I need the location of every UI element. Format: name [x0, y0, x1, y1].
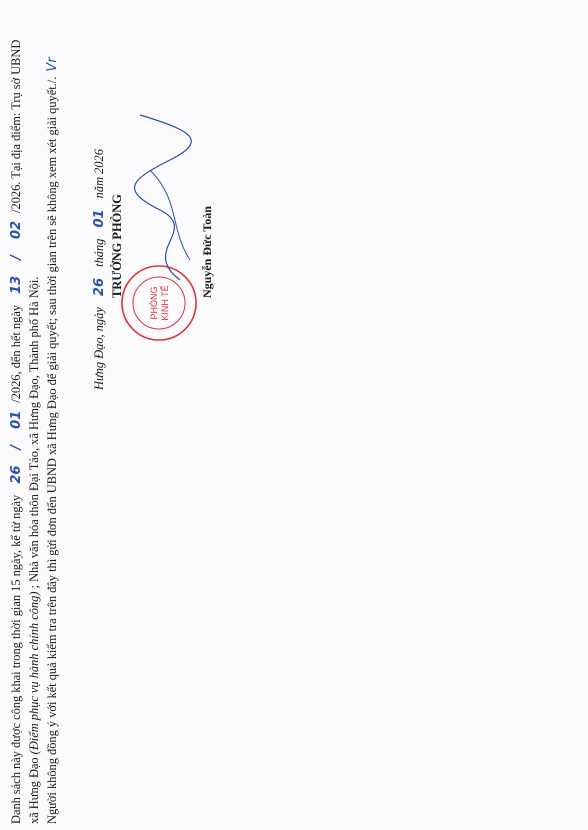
notice-line-1: Danh sách này được công khai trong thời … — [9, 40, 24, 824]
sign-day: 26 — [92, 270, 107, 304]
sep: / — [9, 247, 24, 268]
line2-italic: (Điểm phục vụ hành chính công) — [27, 592, 41, 755]
year-label: năm 2026 — [92, 149, 106, 198]
line1-mid: /2026, đến hết ngày — [9, 305, 23, 403]
line1-suffix: /2026. Tại địa điểm: Trụ sở UBND — [9, 40, 23, 213]
signer-name: Nguyễn Đức Toàn — [200, 206, 215, 298]
start-month: 01 — [9, 403, 24, 437]
handwritten-initial: Vr — [45, 55, 60, 73]
notice-line-2: xã Hưng Đạo (Điểm phục vụ hành chính côn… — [27, 277, 42, 824]
rotated-page: Danh sách này được công khai trong thời … — [0, 0, 588, 830]
place-prefix: Hưng Đạo, ngày — [92, 307, 106, 390]
svg-text:PHÒNG: PHÒNG — [149, 286, 159, 319]
line2-prefix: xã Hưng Đạo — [27, 754, 41, 824]
svg-text:KINH TẾ: KINH TẾ — [160, 285, 170, 320]
line2-suffix: ; Nhà văn hóa thôn Đại Tảo, xã Hưng Đạo,… — [27, 277, 41, 592]
end-month: 02 — [9, 213, 24, 247]
line3-text: Người không đồng ý với kết quả kiểm tra … — [45, 77, 59, 824]
signature-icon — [120, 110, 210, 290]
month-label: tháng — [92, 239, 106, 267]
end-day: 13 — [9, 268, 24, 302]
notice-line-3: Người không đồng ý với kết quả kiểm tra … — [45, 55, 60, 824]
sign-month: 01 — [92, 201, 107, 235]
sep: / — [9, 437, 24, 458]
line1-prefix: Danh sách này được công khai trong thời … — [9, 495, 23, 824]
signature-date: Hưng Đạo, ngày 26 tháng 01 năm 2026 — [92, 149, 107, 390]
start-day: 26 — [9, 458, 24, 492]
